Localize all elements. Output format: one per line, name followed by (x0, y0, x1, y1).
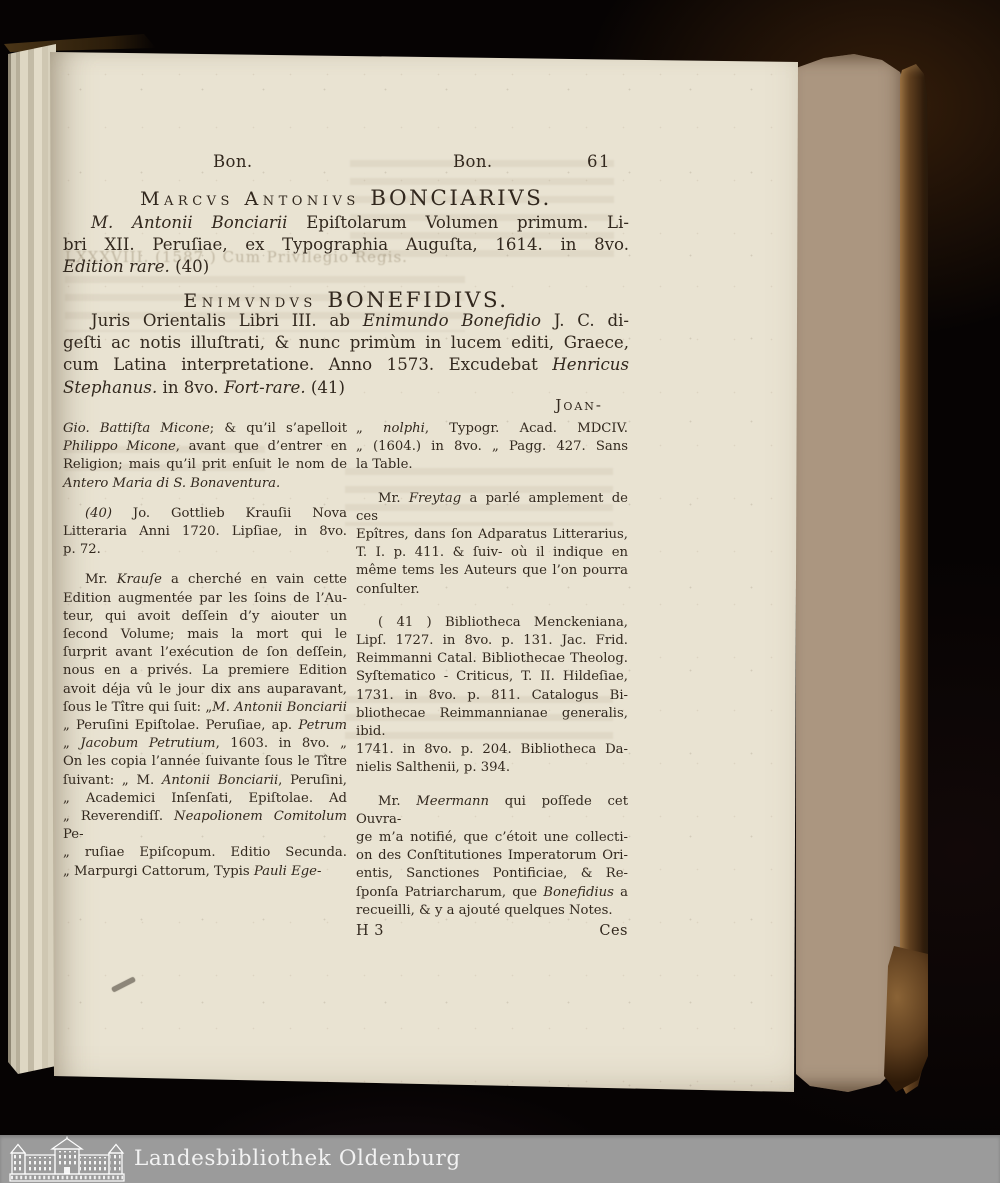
library-name: Landesbibliothek Oldenburg (134, 1135, 461, 1183)
notes-column-left: Gio. Battiſta Micone; & qu’il s’apelloit… (63, 420, 347, 881)
signature-mark: H 3 (356, 923, 384, 939)
catchword-joan: Joan- (63, 396, 629, 414)
book-cover-edge (900, 64, 928, 1094)
book-cover-corner (884, 946, 928, 1092)
notes-column-right-text: „ nolphi, Typogr. Acad. MDCIV.„ (1604.) … (356, 420, 628, 920)
signature-row: H 3 Ces (356, 923, 628, 939)
catchword-ces: Ces (599, 923, 628, 939)
scan-background: LXXXVIII. (1587.) Cum Privilegio Regis. … (0, 0, 1000, 1183)
library-banner: Landesbibliothek Oldenburg (0, 1135, 1000, 1183)
book-page: LXXXVIII. (1587.) Cum Privilegio Regis. … (50, 48, 798, 1095)
pencil-mark (111, 977, 136, 993)
page-stack-gutter (8, 40, 56, 1074)
book-fore-edge (796, 54, 906, 1092)
running-header: Bon. Bon. 61 (63, 152, 629, 174)
heading-bonciarius: Marcvs Antonivs BONCIARIVS. (63, 186, 629, 211)
page-number: 61 (587, 152, 611, 171)
running-header-center: Bon. (453, 152, 493, 171)
book-top-edge (4, 34, 156, 52)
entry-bonciarius: M. Antonii Bonciarii Epiſtolarum Volumen… (63, 212, 629, 279)
library-building-icon (8, 1136, 126, 1182)
notes-column-right: „ nolphi, Typogr. Acad. MDCIV.„ (1604.) … (356, 420, 628, 939)
entry-bonefidius: Juris Orientalis Libri III. ab Enimundo … (63, 310, 629, 399)
running-header-left: Bon. (213, 152, 253, 171)
